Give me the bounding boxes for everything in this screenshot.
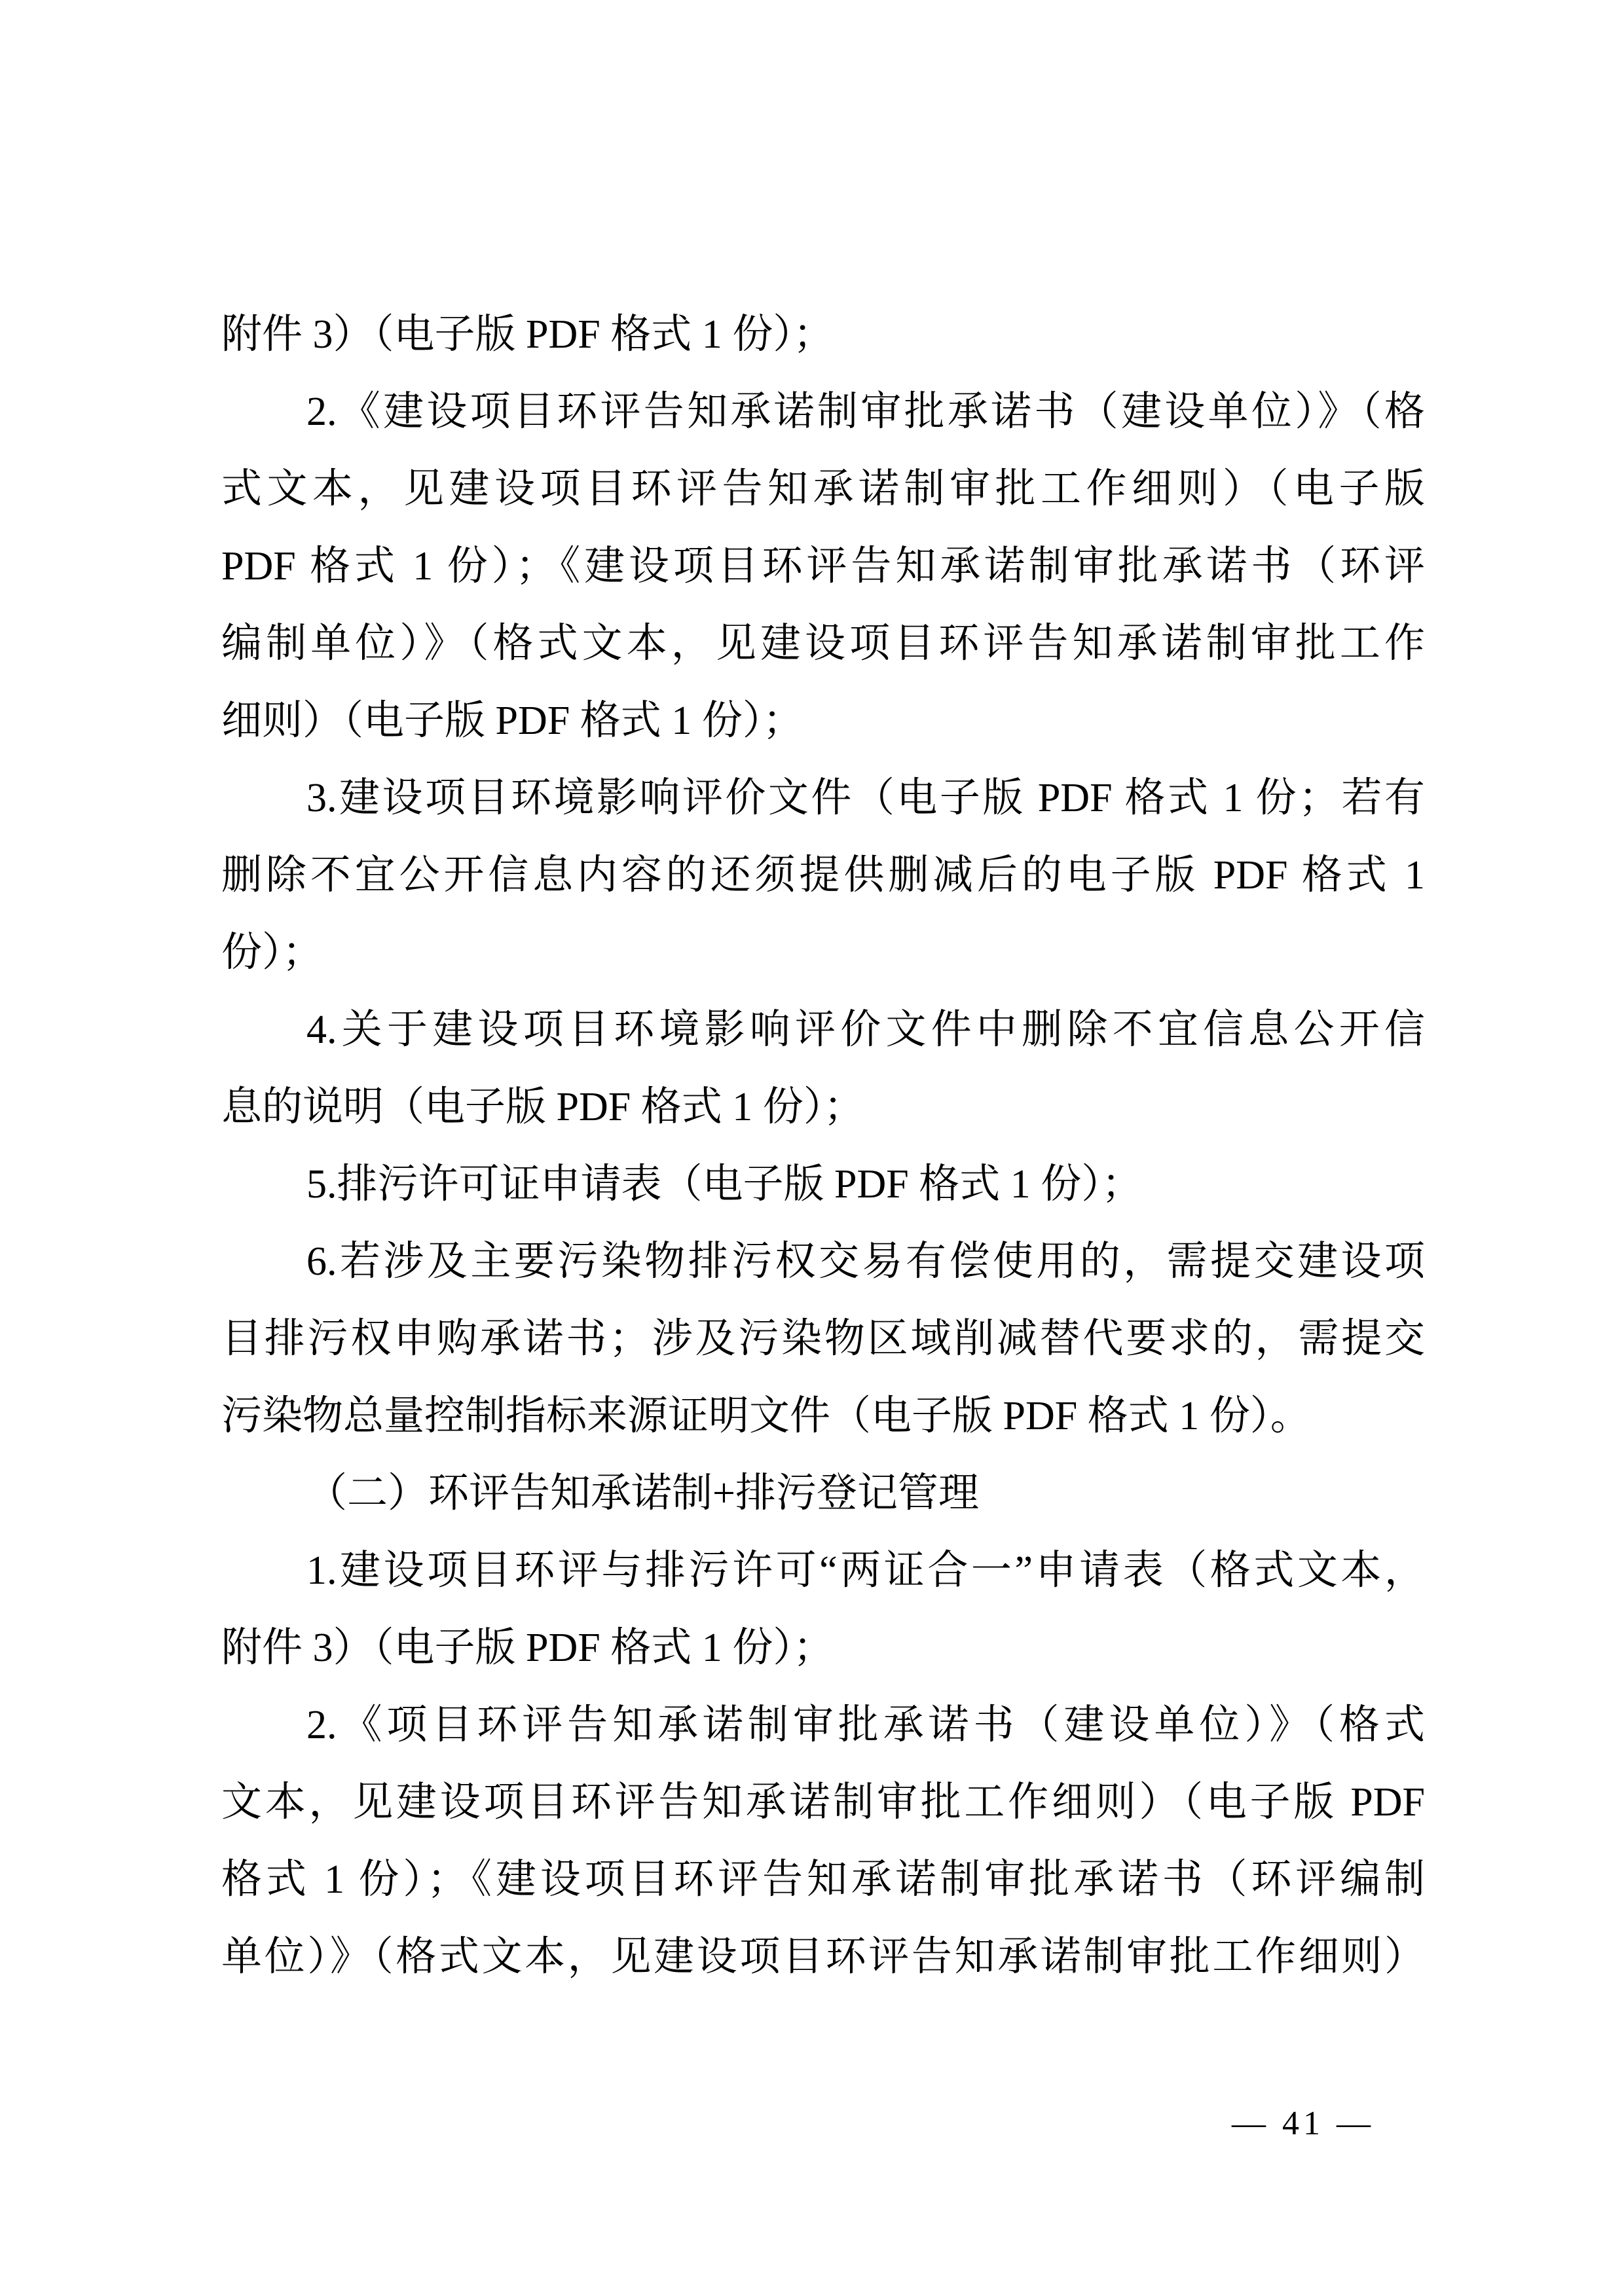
text-line: 污染物总量控制指标来源证明文件（电子版 PDF 格式 1 份）。 bbox=[221, 1377, 1425, 1455]
text-line: 6.若涉及主要污染物排污权交易有偿使用的，需提交建设项 bbox=[221, 1223, 1425, 1300]
text-line: 4.关于建设项目环境影响评价文件中删除不宜信息公开信 bbox=[221, 991, 1425, 1068]
text-line: 编制单位）》（格式文本，见建设项目环评告知承诺制审批工作 bbox=[221, 605, 1425, 682]
text-line: 5.排污许可证申请表（电子版 PDF 格式 1 份）； bbox=[221, 1146, 1425, 1223]
page-number: — 41 — bbox=[1195, 2098, 1411, 2150]
text-line: 份）； bbox=[221, 914, 1425, 991]
text-line: 文本，见建设项目环评告知承诺制审批工作细则）（电子版 PDF bbox=[221, 1764, 1425, 1841]
text-line: 格式 1 份）；《建设项目环评告知承诺制审批承诺书（环评编制 bbox=[221, 1841, 1425, 1918]
text-block: 附件 3）（电子版 PDF 格式 1 份）； 2.《建设项目环评告知承诺制审批承… bbox=[221, 296, 1425, 1995]
text-line: 删除不宜公开信息内容的还须提供删减后的电子版 PDF 格式 1 bbox=[221, 837, 1425, 914]
text-line: 1.建设项目环评与排污许可“两证合一”申请表（格式文本， bbox=[221, 1532, 1425, 1609]
page: 附件 3）（电子版 PDF 格式 1 份）； 2.《建设项目环评告知承诺制审批承… bbox=[0, 0, 1624, 2296]
text-line: 式文本，见建设项目环评告知承诺制审批工作细则）（电子版 bbox=[221, 450, 1425, 528]
text-line: PDF 格式 1 份）；《建设项目环评告知承诺制审批承诺书（环评 bbox=[221, 528, 1425, 605]
section-heading: （二）环评告知承诺制+排污登记管理 bbox=[221, 1455, 1425, 1532]
text-line: 目排污权申购承诺书；涉及污染物区域削减替代要求的，需提交 bbox=[221, 1300, 1425, 1377]
text-line: 2.《建设项目环评告知承诺制审批承诺书（建设单位）》（格 bbox=[221, 373, 1425, 450]
document-page: { "document": { "lines": [ { "text": "附件… bbox=[0, 0, 1624, 2296]
text-line: 息的说明（电子版 PDF 格式 1 份）； bbox=[221, 1068, 1425, 1146]
text-line: 附件 3）（电子版 PDF 格式 1 份）； bbox=[221, 296, 1425, 373]
text-line: 3.建设项目环境影响评价文件（电子版 PDF 格式 1 份；若有 bbox=[221, 759, 1425, 837]
text-line: 附件 3）（电子版 PDF 格式 1 份）； bbox=[221, 1609, 1425, 1686]
text-line: 细则）（电子版 PDF 格式 1 份）； bbox=[221, 682, 1425, 759]
text-line: 2.《项目环评告知承诺制审批承诺书（建设单位）》（格式 bbox=[221, 1686, 1425, 1764]
text-line: 单位）》（格式文本，见建设项目环评告知承诺制审批工作细则） bbox=[221, 1918, 1425, 1995]
